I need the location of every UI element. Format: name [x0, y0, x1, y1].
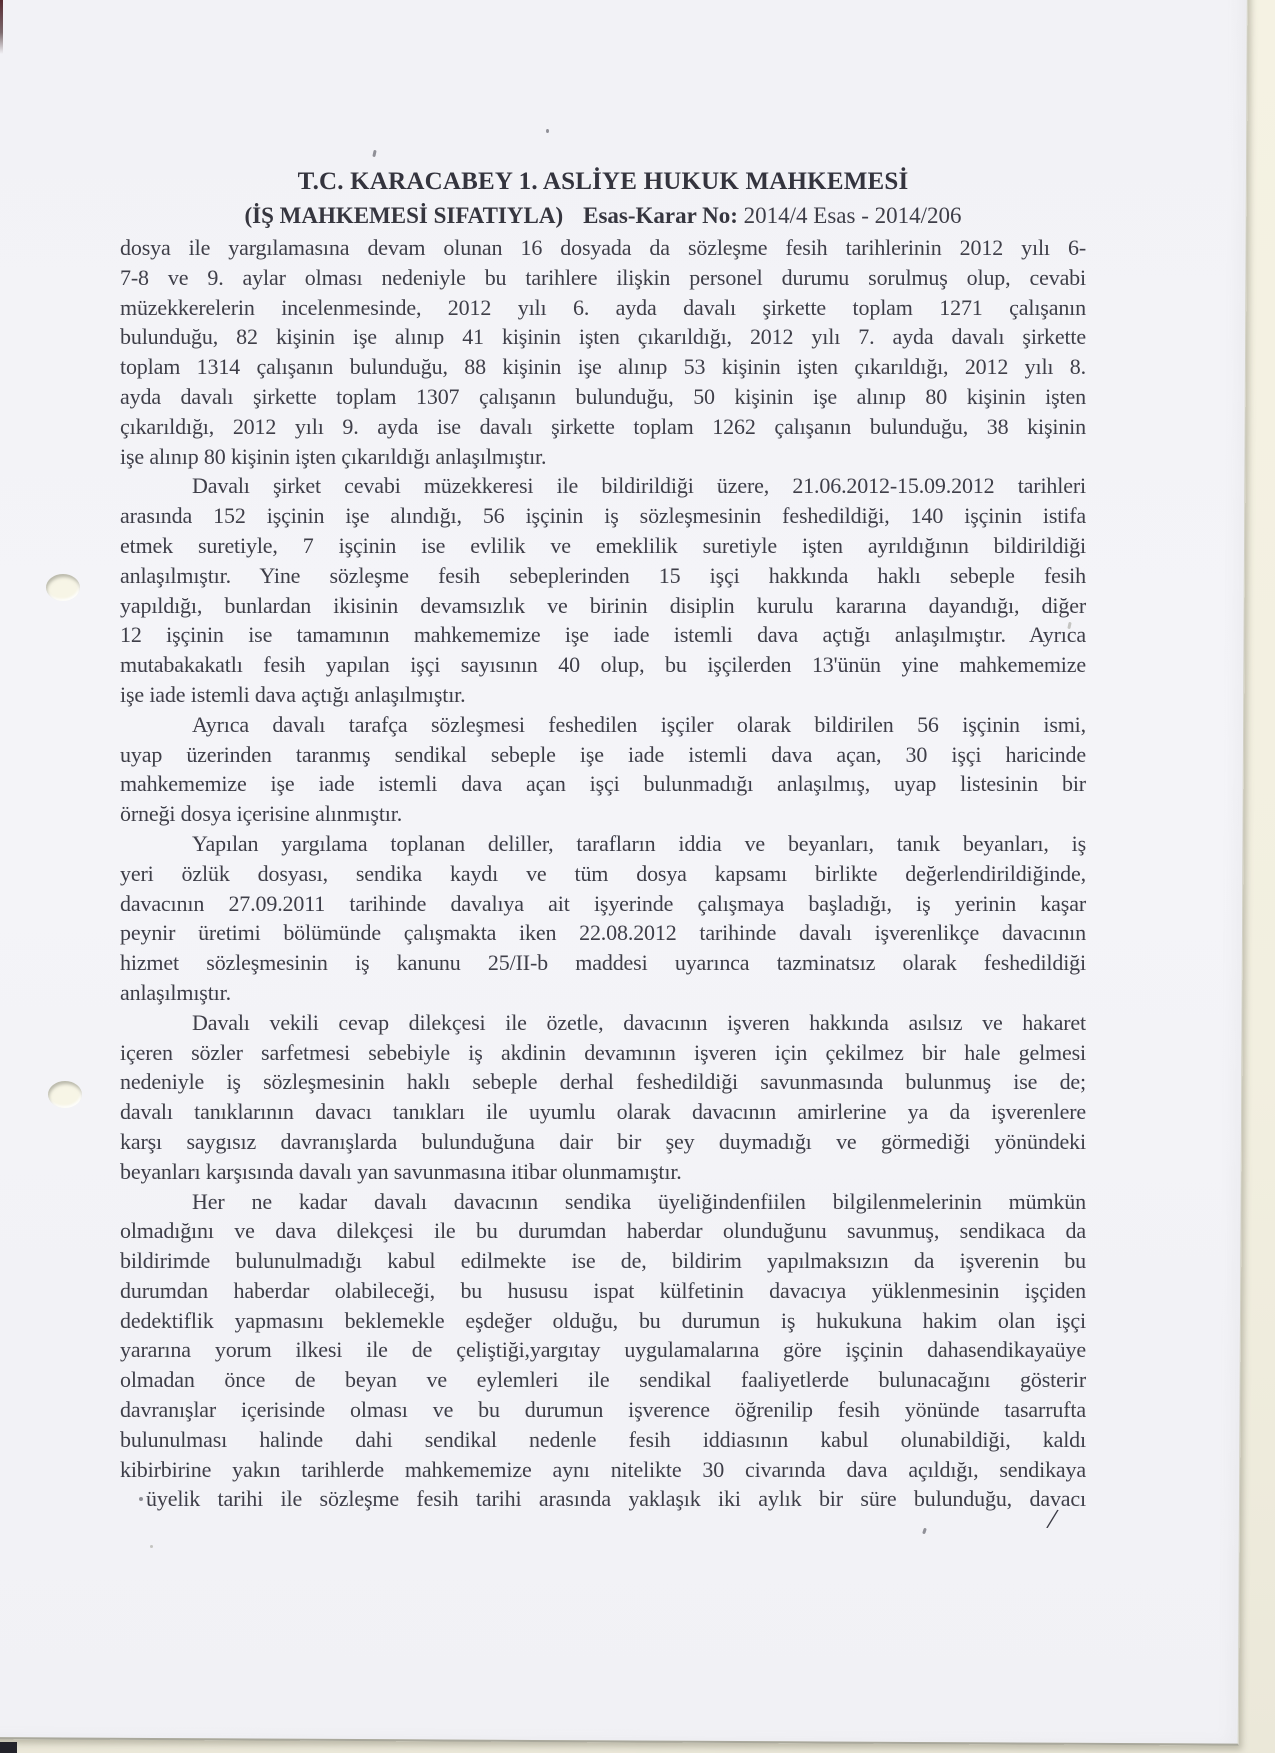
document-line: işe alınıp 80 kişinin işten çıkarıldığı …	[120, 442, 1086, 472]
scan-background: { "document": { "title": "T.C. KARACABEY…	[0, 0, 1275, 1753]
document-line: anlaşılmıştır. Yine sözleşme fesih sebep…	[120, 561, 1086, 591]
scan-speck	[546, 129, 549, 133]
document-line: işe iade istemli dava açtığı anlaşılmışt…	[120, 680, 1086, 710]
scan-speck	[139, 1497, 143, 1501]
document-line: nedeniyle iş sözleşmesinin haklı sebeple…	[120, 1067, 1086, 1097]
case-number-value: 2014/4 Esas - 2014/206	[744, 203, 962, 228]
document-line: karşı saygısız davranışlarda bulunduğuna…	[120, 1127, 1086, 1157]
document-line: 7-8 ve 9. aylar olması nedeniyle bu tari…	[120, 263, 1086, 293]
document-line: müzekkerelerin incelenmesinde, 2012 yılı…	[120, 293, 1086, 323]
document-line: dedektiflik yapmasını beklemekle eşdeğer…	[120, 1306, 1086, 1336]
document-line: anlaşılmıştır.	[120, 978, 1086, 1008]
document-line: içeren sözler sarfetmesi sebebiyle iş ak…	[120, 1038, 1086, 1068]
document-line: ayda davalı şirkette toplam 1307 çalışan…	[120, 382, 1086, 412]
document-line: davalı tanıklarının davacı tanıkları ile…	[120, 1097, 1086, 1127]
case-header-row: (İŞ MAHKEMESİ SIFATIYLA)Esas-Karar No: 2…	[120, 202, 1086, 230]
document-line: Yapılan yargılama toplanan deliller, tar…	[120, 829, 1086, 859]
document-line: 12 işçinin ise tamamının mahkememize işe…	[120, 620, 1086, 650]
document-line: olmadan önce de beyan ve eylemleri ile s…	[120, 1365, 1086, 1395]
document-line: uyap üzerinden taranmış sendikal sebeple…	[120, 740, 1086, 770]
punch-hole-top	[46, 574, 80, 601]
document-line: üyelik tarihi ile sözleşme fesih tarihi …	[120, 1484, 1086, 1514]
document-line: davranışlar içerisinde olması ve bu duru…	[120, 1395, 1086, 1425]
document-line: Davalı şirket cevabi müzekkeresi ile bil…	[120, 471, 1086, 501]
document-line: davacının 27.09.2011 tarihinde davalıya …	[120, 889, 1086, 919]
court-capacity-label: (İŞ MAHKEMESİ SIFATIYLA)	[244, 203, 563, 228]
document-line: beyanları karşısında davalı yan savunmas…	[120, 1157, 1086, 1187]
document-line: mahkememize işe iade istemli dava açan i…	[120, 769, 1086, 799]
scan-edge-artifact	[0, 0, 3, 54]
document-line: yararına yorum ilkesi ile de çeliştiği,y…	[120, 1335, 1086, 1365]
document-line: çıkarıldığı, 2012 yılı 9. ayda ise daval…	[120, 412, 1086, 442]
document-line: kibirbirine yakın tarihlerde mahkememize…	[120, 1455, 1086, 1485]
document-line: etmek suretiyle, 7 işçinin ise evlilik v…	[120, 531, 1086, 561]
scan-corner-shadow	[0, 1742, 17, 1753]
document-line: bulunduğu, 82 kişinin işe alınıp 41 kişi…	[120, 322, 1086, 352]
document-line: örneği dosya içerisine alınmıştır.	[120, 799, 1086, 829]
document-line: Her ne kadar davalı davacının sendika üy…	[120, 1187, 1086, 1217]
document-line: yapıldığı, bunlardan ikisinin devamsızlı…	[120, 591, 1086, 621]
court-name-title: T.C. KARACABEY 1. ASLİYE HUKUK MAHKEMESİ	[120, 168, 1086, 196]
scan-speck	[150, 1545, 153, 1548]
document-line: peynir üretimi bölümünde çalışmakta iken…	[120, 918, 1086, 948]
document-line: bildirimde bulunulmadığı kabul edilmekte…	[120, 1246, 1086, 1276]
document-line: Davalı vekili cevap dilekçesi ile özetle…	[120, 1008, 1086, 1038]
document-line: toplam 1314 çalışanın bulunduğu, 88 kişi…	[120, 352, 1086, 382]
document-line: olmadığını ve dava dilekçesi ile bu duru…	[120, 1216, 1086, 1246]
case-number-label: Esas-Karar No:	[583, 203, 738, 228]
document-line: Ayrıca davalı tarafça sözleşmesi feshedi…	[120, 710, 1086, 740]
document-line: durumdan haberdar olabileceği, bu hususu…	[120, 1276, 1086, 1306]
document-line: dosya ile yargılamasına devam olunan 16 …	[120, 233, 1086, 263]
document-line: yeri özlük dosyası, sendika kaydı ve tüm…	[120, 859, 1086, 889]
document-line: mutabakakatlı fesih yapılan işçi sayısın…	[120, 650, 1086, 680]
document-line: arasında 152 işçinin işe alındığı, 56 iş…	[120, 501, 1086, 531]
body-text: dosya ile yargılamasına devam olunan 16 …	[120, 233, 1086, 1514]
punch-hole-bottom	[48, 1081, 82, 1108]
document-line: hizmet sözleşmesinin iş kanunu 25/II-b m…	[120, 948, 1086, 978]
document-line: bulunulması halinde dahi sendikal nedenl…	[120, 1425, 1086, 1455]
